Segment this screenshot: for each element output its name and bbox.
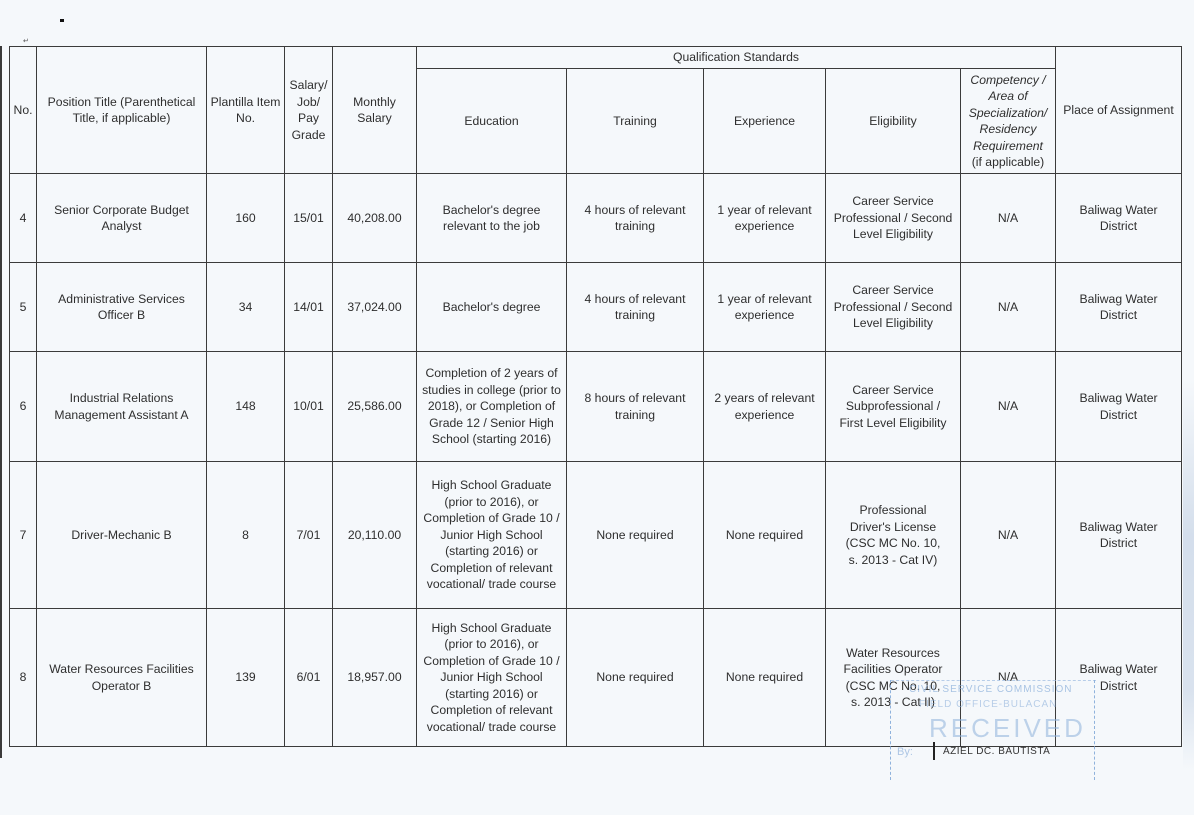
cell-position-title: Administrative Services Officer B bbox=[37, 263, 207, 352]
cell-no: 4 bbox=[10, 174, 37, 263]
cell-eligibility: Career Service Subprofessional / First L… bbox=[826, 352, 961, 462]
table-row: 6 Industrial Relations Management Assist… bbox=[10, 352, 1182, 462]
header-plantilla-item-no: Plantilla Item No. bbox=[207, 47, 285, 174]
cell-place-of-assignment: Baliwag Water District bbox=[1056, 462, 1182, 609]
cell-plantilla-item-no: 148 bbox=[207, 352, 285, 462]
cell-no: 6 bbox=[10, 352, 37, 462]
cell-education: Bachelor's degree relevant to the job bbox=[417, 174, 567, 263]
cell-eligibility: Professional Driver's License (CSC MC No… bbox=[826, 462, 961, 609]
stamp-by-label: By: bbox=[897, 746, 913, 758]
header-salary-grade: Salary/ Job/ Pay Grade bbox=[285, 47, 333, 174]
cell-monthly-salary: 20,110.00 bbox=[333, 462, 417, 609]
header-no: No. bbox=[10, 47, 37, 174]
cell-education: High School Graduate (prior to 2016), or… bbox=[417, 462, 567, 609]
cell-position-title: Driver-Mechanic B bbox=[37, 462, 207, 609]
scan-artifact-mark: ↵ bbox=[23, 37, 29, 45]
cell-no: 8 bbox=[10, 609, 37, 747]
cell-experience: None required bbox=[704, 462, 826, 609]
cell-experience: 1 year of relevant experience bbox=[704, 263, 826, 352]
cell-competency: N/A bbox=[961, 263, 1056, 352]
cell-training: 4 hours of relevant training bbox=[567, 263, 704, 352]
header-place-of-assignment: Place of Assignment bbox=[1056, 47, 1182, 174]
cell-experience: 1 year of relevant experience bbox=[704, 174, 826, 263]
cell-monthly-salary: 25,586.00 bbox=[333, 352, 417, 462]
page-edge bbox=[0, 46, 2, 758]
cell-salary-grade: 10/01 bbox=[285, 352, 333, 462]
cell-monthly-salary: 40,208.00 bbox=[333, 174, 417, 263]
header-competency: Competency / Area of Specialization/ Res… bbox=[961, 69, 1056, 174]
cell-eligibility: Water Resources Facilities Operator (CSC… bbox=[826, 609, 961, 747]
stamp-receiver: AZIEL DC. BAUTISTA bbox=[943, 746, 1050, 757]
cell-education: Completion of 2 years of studies in coll… bbox=[417, 352, 567, 462]
cell-competency: N/A bbox=[961, 174, 1056, 263]
cell-position-title: Water Resources Facilities Operator B bbox=[37, 609, 207, 747]
scan-artifact-dot bbox=[60, 19, 64, 22]
cell-no: 5 bbox=[10, 263, 37, 352]
header-education: Education bbox=[417, 69, 567, 174]
cell-education: Bachelor's degree bbox=[417, 263, 567, 352]
cell-plantilla-item-no: 160 bbox=[207, 174, 285, 263]
cell-monthly-salary: 37,024.00 bbox=[333, 263, 417, 352]
cell-experience: 2 years of relevant experience bbox=[704, 352, 826, 462]
cell-training: 8 hours of relevant training bbox=[567, 352, 704, 462]
qualification-standards-table: No. Position Title (Parenthetical Title,… bbox=[9, 46, 1182, 747]
cell-education: High School Graduate (prior to 2016), or… bbox=[417, 609, 567, 747]
cell-monthly-salary: 18,957.00 bbox=[333, 609, 417, 747]
cell-salary-grade: 7/01 bbox=[285, 462, 333, 609]
cell-eligibility: Career Service Professional / Second Lev… bbox=[826, 263, 961, 352]
table-row: 8 Water Resources Facilities Operator B … bbox=[10, 609, 1182, 747]
cell-experience: None required bbox=[704, 609, 826, 747]
header-monthly-salary: Monthly Salary bbox=[333, 47, 417, 174]
cell-plantilla-item-no: 139 bbox=[207, 609, 285, 747]
table-row: 4 Senior Corporate Budget Analyst 160 15… bbox=[10, 174, 1182, 263]
cell-training: None required bbox=[567, 462, 704, 609]
cell-eligibility: Career Service Professional / Second Lev… bbox=[826, 174, 961, 263]
header-position-title: Position Title (Parenthetical Title, if … bbox=[37, 47, 207, 174]
header-eligibility: Eligibility bbox=[826, 69, 961, 174]
header-training: Training bbox=[567, 69, 704, 174]
header-competency-label: Competency / Area of Specialization/ Res… bbox=[969, 73, 1048, 153]
cell-place-of-assignment: Baliwag Water District bbox=[1056, 609, 1182, 747]
cell-competency: N/A bbox=[961, 609, 1056, 747]
cell-plantilla-item-no: 8 bbox=[207, 462, 285, 609]
cell-position-title: Senior Corporate Budget Analyst bbox=[37, 174, 207, 263]
cell-place-of-assignment: Baliwag Water District bbox=[1056, 263, 1182, 352]
cell-salary-grade: 14/01 bbox=[285, 263, 333, 352]
cell-no: 7 bbox=[10, 462, 37, 609]
cell-competency: N/A bbox=[961, 462, 1056, 609]
cell-place-of-assignment: Baliwag Water District bbox=[1056, 174, 1182, 263]
cell-training: None required bbox=[567, 609, 704, 747]
table-row: 5 Administrative Services Officer B 34 1… bbox=[10, 263, 1182, 352]
header-experience: Experience bbox=[704, 69, 826, 174]
cell-salary-grade: 15/01 bbox=[285, 174, 333, 263]
cell-place-of-assignment: Baliwag Water District bbox=[1056, 352, 1182, 462]
table-row: 7 Driver-Mechanic B 8 7/01 20,110.00 Hig… bbox=[10, 462, 1182, 609]
header-qualification-standards: Qualification Standards bbox=[417, 47, 1056, 69]
cell-plantilla-item-no: 34 bbox=[207, 263, 285, 352]
cell-position-title: Industrial Relations Management Assistan… bbox=[37, 352, 207, 462]
header-competency-suffix: (if applicable) bbox=[972, 155, 1044, 169]
cell-training: 4 hours of relevant training bbox=[567, 174, 704, 263]
cell-competency: N/A bbox=[961, 352, 1056, 462]
scan-smudge bbox=[1183, 380, 1194, 770]
cell-salary-grade: 6/01 bbox=[285, 609, 333, 747]
